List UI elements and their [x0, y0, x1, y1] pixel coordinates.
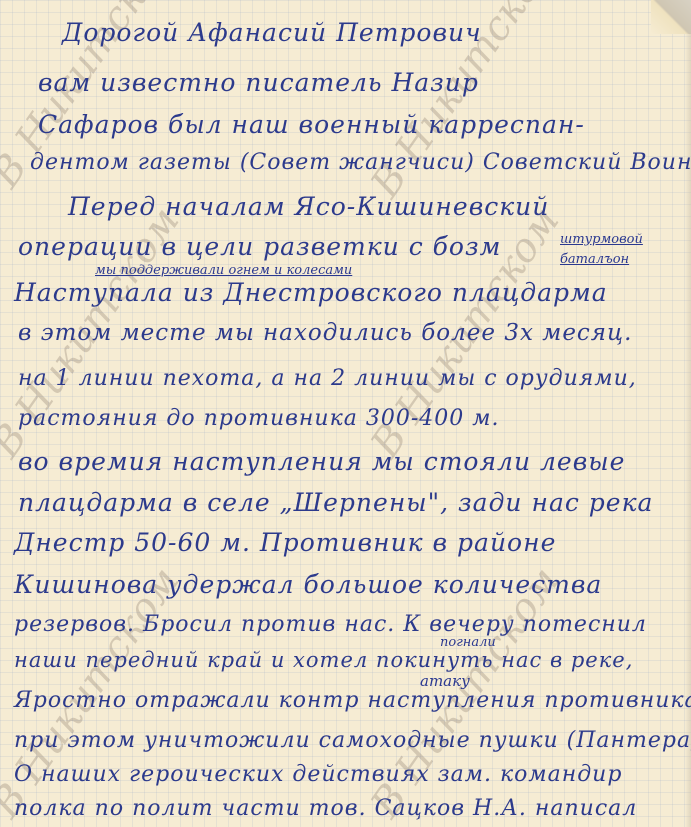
handwritten-line: полка по полит части тов. Сацков Н.А. на…: [14, 796, 691, 821]
insertion-text: штурмовой: [560, 232, 643, 247]
insertion-text: баталъон: [560, 252, 629, 267]
handwritten-line: дентом газеты (Совет жангчиси) Советский…: [30, 150, 691, 175]
handwritten-line: Яростно отражали контр наступления проти…: [14, 688, 691, 713]
handwritten-line: О наших героических действиях зам. коман…: [14, 762, 691, 787]
handwritten-line: Сафаров был наш военный карреспан-: [38, 110, 691, 139]
handwritten-line: резервов. Бросил против нас. К вечеру по…: [14, 612, 691, 637]
handwritten-line: Днестр 50-60 м. Противник в районе: [14, 528, 691, 557]
insertion-text: мы поддерживали огнем и колесами: [95, 263, 352, 278]
handwritten-line: растояния до противника 300-400 м.: [18, 406, 691, 431]
handwritten-line: плацдарма в селе „Шерпены", зади нас рек…: [18, 488, 691, 517]
handwritten-line: в этом месте мы находились более 3х меся…: [18, 320, 691, 346]
handwritten-line: вам известно писатель Назир: [38, 68, 691, 97]
handwritten-line: на 1 линии пехота, а на 2 линии мы с ору…: [18, 366, 691, 391]
handwritten-line: Дорогой Афанасий Петрович: [62, 18, 691, 47]
letter-page: В Никитском В Никитском В Никитском В Ни…: [0, 0, 691, 827]
handwritten-line: Перед началам Ясо-Кишиневский: [68, 192, 691, 221]
handwritten-line: Кишинова удержал большое количества: [14, 570, 691, 599]
handwritten-line: во времия наступления мы стояли левые: [18, 447, 691, 476]
handwritten-line: при этом уничтожили самоходные пушки (Па…: [14, 728, 691, 753]
handwritten-line: наши передний край и хотел покинуть нас …: [14, 648, 691, 672]
handwritten-line: Наступала из Днестровского плацдарма: [14, 278, 691, 307]
